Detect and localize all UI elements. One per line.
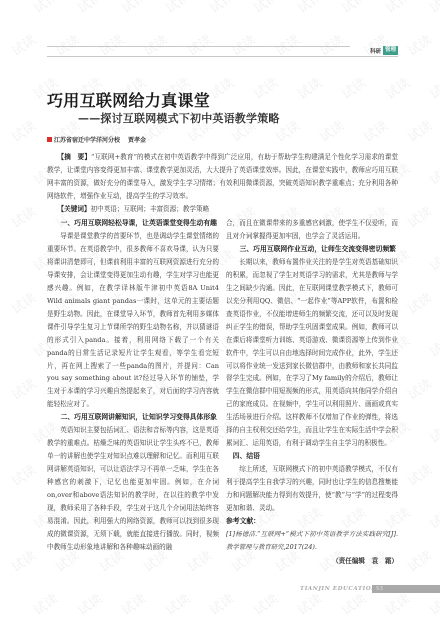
watermark-text: 试读 — [205, 0, 237, 17]
section-heading-4: 四、结语 — [226, 450, 398, 463]
author-line: 江苏省宿迁中学洋河分校 贾孝金 — [47, 135, 146, 144]
column-tag: 科研 管理 — [370, 46, 398, 55]
paragraph-4: 综上所述，互联网模式下的初中英语教学模式，不仅有利于提高学生自我学习的兴趣，同时… — [226, 463, 398, 515]
header-rule-bottom — [47, 56, 398, 57]
page-footer: TIANJIN EDUCATION 53 — [300, 585, 440, 593]
section-heading-3: 三、巧用互联网作业互动，让师生交流变得密切频繁 — [226, 243, 398, 256]
abstract-label: 【摘 要】 — [58, 153, 91, 161]
left-column: 一、巧用互联网轻松导课，让英语课堂变得生动有趣 导课是课堂教学的首要环节，也是调… — [47, 217, 219, 554]
watermark-text: 试读 — [73, 0, 105, 17]
watermark-text: 试读 — [425, 416, 440, 446]
watermark-text: 试读 — [381, 72, 413, 102]
watermark-text: 试读 — [7, 545, 39, 575]
section-heading-2: 二、巧用互联网讲解知识，让知识学习变得具体形象 — [47, 411, 219, 424]
watermark-text: 试读 — [425, 72, 440, 102]
references-label: 参考文献： — [226, 515, 398, 528]
article-title: 巧用互联网给力真课堂 — [47, 88, 210, 111]
watermark-text: 试读 — [403, 545, 435, 575]
section-heading-1: 一、巧用互联网轻松导课，让英语课堂变得生动有趣 — [47, 217, 219, 230]
watermark-text: 试读 — [403, 373, 435, 403]
right-column: 合，而且在微课带来的多重感官刺激，使学生不仅爱听，而且对介词掌握得更加牢固，也学… — [226, 217, 398, 568]
header-rule-top — [47, 46, 350, 47]
watermark-text: 试读 — [161, 0, 193, 17]
watermark-text: 试读 — [7, 115, 39, 145]
watermark-text: 试读 — [117, 588, 149, 618]
watermark-text: 试读 — [403, 287, 435, 317]
watermark-text: 试读 — [403, 29, 435, 59]
keywords-text: 初中英语；互联网；丰富资源；教学策略 — [91, 205, 210, 213]
page-header: 科研 管理 — [47, 46, 398, 57]
author-name: 贾孝金 — [128, 135, 146, 144]
watermark-text: 试读 — [359, 115, 391, 145]
watermark-text: 试读 — [73, 588, 105, 618]
watermark-text: 试读 — [425, 244, 440, 274]
watermark-text: 试读 — [7, 201, 39, 231]
keywords-label: 【关键词】 — [58, 205, 91, 213]
paragraph-3: 长期以来，教师布置作业关注的是学生对英语基础知识的积累，而忽视了学生对英语学习的… — [226, 256, 398, 450]
watermark-text: 试读 — [249, 588, 281, 618]
watermark-text: 试读 — [381, 0, 413, 17]
magazine-name: TIANJIN EDUCATION — [300, 586, 377, 592]
abstract: 【摘 要】“互联网+教育”的模式在初中英语教学中得到广泛应用，有助于帮助学生构建… — [47, 151, 398, 203]
watermark-text: 试读 — [403, 115, 435, 145]
abstract-text: “互联网+教育”的模式在初中英语教学中得到广泛应用，有助于帮助学生构建满足个性化… — [47, 153, 398, 200]
watermark-text: 试读 — [293, 0, 325, 17]
watermark-text: 试读 — [425, 0, 440, 17]
watermark-text: 试读 — [425, 158, 440, 188]
watermark-text: 试读 — [293, 72, 325, 102]
keywords: 【关键词】初中英语；互联网；丰富资源；教学策略 — [47, 203, 398, 216]
watermark-text: 试读 — [7, 29, 39, 59]
affiliation: 江苏省宿迁中学洋河分校 — [54, 135, 120, 144]
watermark-text: 试读 — [315, 115, 347, 145]
watermark-text: 试读 — [403, 459, 435, 489]
watermark-text: 试读 — [205, 588, 237, 618]
reference-1: [1]杨德洁.“互联网+”模式下初中英语教学方法实践研究[J].教学管理与教育研… — [226, 528, 398, 554]
section-badge: 管理 — [383, 46, 398, 55]
watermark-text: 试读 — [29, 0, 61, 17]
editor-credit: （责任编辑 袁 霜） — [226, 555, 398, 568]
watermark-text: 试读 — [403, 201, 435, 231]
watermark-text: 试读 — [117, 0, 149, 17]
watermark-text: 试读 — [337, 0, 369, 17]
watermark-text: 试读 — [29, 588, 61, 618]
watermark-text: 试读 — [161, 588, 193, 618]
watermark-text: 试读 — [425, 502, 440, 532]
watermark-text: 试读 — [425, 330, 440, 360]
article-subtitle: ——探讨互联网模式下初中英语教学策略 — [78, 110, 280, 126]
red-square-icon — [47, 137, 52, 142]
watermark-text: 试读 — [7, 373, 39, 403]
watermark-text: 试读 — [337, 72, 369, 102]
watermark-text: 试读 — [7, 459, 39, 489]
section-label: 科研 — [370, 47, 381, 55]
watermark-text: 试读 — [249, 72, 281, 102]
paragraph-2-continued: 合，而且在微课带来的多重感官刺激，使学生不仅爱听，而且对介词掌握得更加牢固，也学… — [226, 217, 398, 243]
paragraph-2: 英语知识主要包括词汇、语法和音标等内容，这是英语教学的重难点。枯燥乏味的英语知识… — [47, 424, 219, 554]
page-number: 53 — [376, 585, 383, 593]
watermark-text: 试读 — [249, 0, 281, 17]
paragraph-1: 导课是课堂教学的首要环节，也是调动学生课堂情绪的重要环节。在英语教学中，很多教师… — [47, 230, 219, 411]
watermark-text: 试读 — [7, 287, 39, 317]
